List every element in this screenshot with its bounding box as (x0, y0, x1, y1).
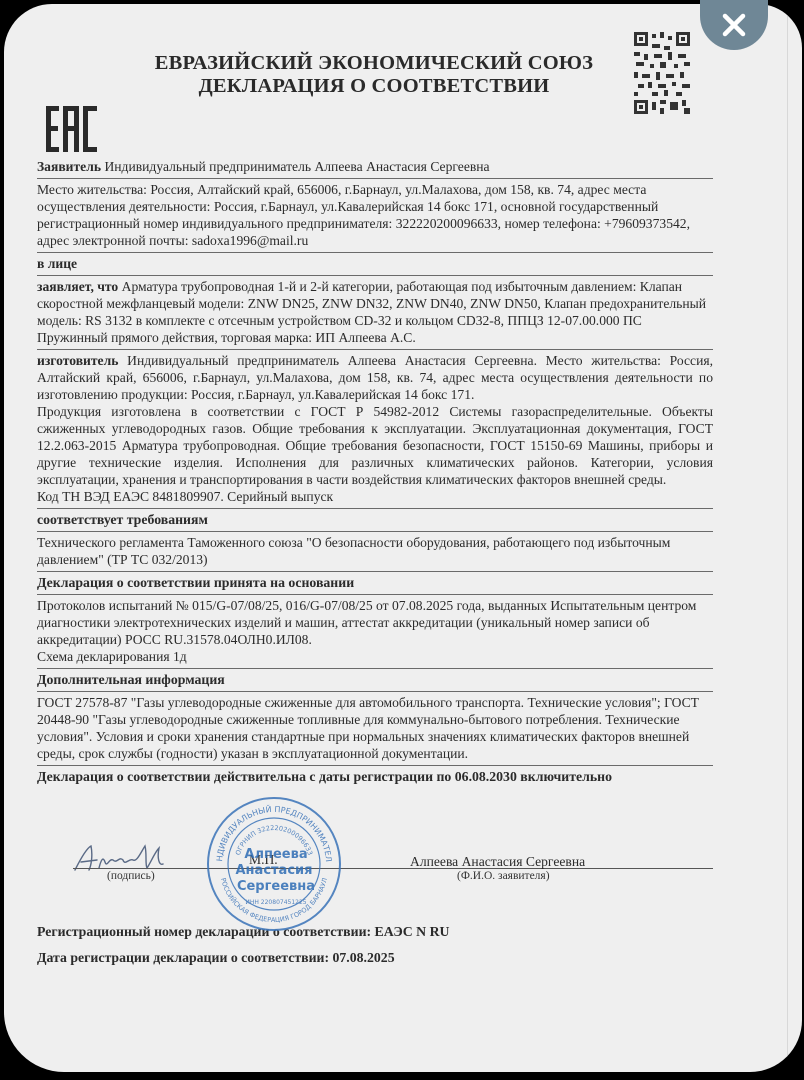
additional-label: Дополнительная информация (37, 669, 713, 692)
basis-value: Протоколов испытаний № 015/G-07/08/25, 0… (37, 597, 713, 648)
document-title: ЕВРАЗИЙСКИЙ ЭКОНОМИЧЕСКИЙ СОЮЗ ДЕКЛАРАЦИ… (4, 52, 744, 98)
declares-value: Арматура трубопроводная 1-й и 2-й катего… (37, 279, 706, 345)
stamp-inn: ИНН 220807451225 (245, 899, 306, 906)
in-person-label: в лице (37, 256, 77, 271)
page-edge (787, 4, 788, 1072)
union-name: ЕВРАЗИЙСКИЙ ЭКОНОМИЧЕСКИЙ СОЮЗ (4, 52, 744, 75)
declares-label: заявляет, что (37, 279, 118, 294)
document-page: ЕВРАЗИЙСКИЙ ЭКОНОМИЧЕСКИЙ СОЮЗ ДЕКЛАРАЦИ… (4, 4, 802, 1072)
complies-value: Технического регламента Таможенного союз… (37, 532, 713, 572)
validity-text: Декларация о соответствии действительна … (37, 766, 713, 788)
scheme-text: Схема декларирования 1д (37, 648, 713, 665)
manufacturer-row: изготовитель Индивидуальный предпринимат… (37, 350, 713, 509)
in-person-row: в лице (37, 253, 713, 276)
signer-name: Алпеева Анастасия Сергеевна (410, 854, 585, 870)
signature-caption: (подпись) (107, 870, 155, 882)
signer-caption: (Ф.И.О. заявителя) (457, 870, 550, 882)
applicant-row: Заявитель Индивидуальный предприниматель… (37, 156, 713, 179)
address-row: Место жительства: Россия, Алтайский край… (37, 179, 713, 253)
stamp-line1: Алпеева (244, 847, 307, 862)
applicant-label: Заявитель (37, 159, 101, 174)
code-text: Код ТН ВЭД ЕАЭС 8481809907. Серийный вып… (37, 488, 713, 505)
registration-date: Дата регистрации декларации о соответств… (37, 950, 395, 966)
eac-mark-icon (44, 104, 100, 154)
qr-code-icon (634, 32, 690, 114)
manufacturer-value: Индивидуальный предприниматель Алпеева А… (37, 353, 713, 402)
stamp-line2: Анастасия (236, 863, 313, 878)
signature-block: (подпись) М.П. Алпеева Анастасия Сергеев… (37, 834, 713, 914)
declaration-title: ДЕКЛАРАЦИЯ О СООТВЕТСТВИИ (4, 75, 744, 98)
additional-value: ГОСТ 27578-87 "Газы углеводородные сжиже… (37, 692, 713, 766)
standards-text: Продукция изготовлена в соответствии с Г… (37, 403, 713, 488)
stamp-line3: Сергеевна (237, 879, 315, 894)
declares-row: заявляет, что Арматура трубопроводная 1-… (37, 276, 713, 350)
complies-label: соответствует требованиям (37, 509, 713, 532)
company-stamp: ИНДИВИДУАЛЬНЫЙ ПРЕДПРИНИМАТЕЛЬ РОССИЙСКА… (204, 794, 344, 934)
applicant-value: Индивидуальный предприниматель Алпеева А… (104, 159, 489, 174)
close-icon (720, 11, 748, 39)
address-text: Место жительства: Россия, Алтайский край… (37, 182, 690, 248)
manufacturer-label: изготовитель (37, 353, 118, 368)
document-body: Заявитель Индивидуальный предприниматель… (37, 156, 713, 788)
basis-row: Протоколов испытаний № 015/G-07/08/25, 0… (37, 595, 713, 669)
basis-label: Декларация о соответствии принята на осн… (37, 572, 713, 595)
